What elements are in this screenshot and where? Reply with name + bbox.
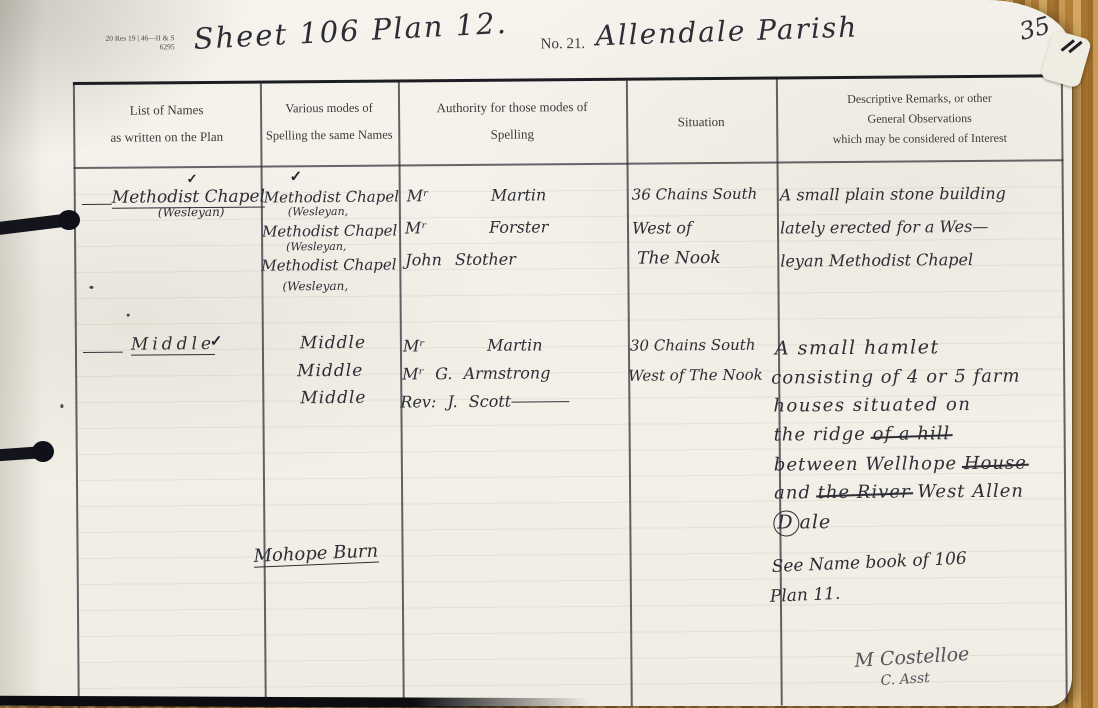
- column-header-authority: Authority for those modes of Spelling: [398, 93, 626, 149]
- remarks-line: and the River West Allen: [774, 481, 1024, 504]
- page-number: 35: [1016, 11, 1053, 46]
- column-header-remarks: Descriptive Remarks, or other General Ob…: [776, 87, 1063, 149]
- struck-text: House: [964, 453, 1027, 474]
- header-line: Descriptive Remarks, or other: [776, 87, 1063, 109]
- page-content: 20 Res 19 | 46—II & S 6295 Sheet 106 Pla…: [0, 0, 1075, 708]
- authority-line: Rev: J. Scott: [400, 391, 569, 411]
- header-line: General Observations: [776, 107, 1063, 129]
- trailing-stroke: [511, 401, 569, 402]
- binding-knot: [58, 210, 80, 230]
- tick-icon: ✓: [210, 332, 223, 350]
- remarks-line: A small plain stone building: [780, 184, 1006, 205]
- sheet-plan-title: Sheet 106 Plan 12.: [193, 6, 509, 56]
- form-code-line2: 6295: [91, 43, 175, 52]
- remarks-line: Plan 11.: [770, 584, 841, 607]
- parish-title: Allendale Parish: [595, 10, 859, 52]
- document-page: 20 Res 19 | 46—II & S 6295 Sheet 106 Pla…: [0, 0, 1072, 706]
- authority-line: Mʳ G. Armstrong: [402, 363, 550, 383]
- spelling-line: (Wesleyan,: [286, 240, 346, 253]
- header-line: which may be considered of Interest: [776, 127, 1063, 149]
- remarks-text: and: [774, 482, 818, 503]
- authority-text: Rev: J. Scott: [400, 392, 511, 412]
- situation-line: 30 Chains South: [630, 336, 756, 355]
- ink-speck: [127, 314, 130, 317]
- situation-line: 36 Chains South: [632, 185, 758, 204]
- remarks-line: leyan Methodist Chapel: [780, 250, 973, 271]
- number-label: No. 21.: [541, 36, 586, 53]
- authority-line: John Stother: [405, 250, 516, 270]
- header-line: Spelling the same Names: [260, 121, 398, 149]
- remarks-line: A small hamlet: [775, 336, 940, 359]
- authority-line: Mʳ Martin: [403, 335, 543, 355]
- surveyor-title: C. Asst: [880, 670, 930, 689]
- remarks-text: West Allen: [911, 481, 1025, 503]
- column-header-spellings: Various modes of Spelling the same Names: [260, 94, 398, 149]
- name-book-table: List of Names as written on the Plan Var…: [73, 74, 1068, 708]
- remarks-line: houses situated on: [773, 394, 971, 417]
- spelling-line: Middle: [300, 333, 366, 354]
- spelling-line: (Wesleyan,: [282, 279, 348, 294]
- struck-text: the River: [818, 481, 911, 503]
- ink-speck: [60, 404, 63, 408]
- header-line: Spelling: [398, 120, 626, 149]
- remarks-line: consisting of 4 or 5 farm: [771, 366, 1021, 389]
- remarks-text: the ridge: [774, 424, 873, 446]
- header-line: as written on the Plan: [73, 123, 260, 151]
- authority-line: Mʳ Martin: [407, 185, 547, 205]
- column-header-names: List of Names as written on the Plan: [73, 96, 260, 151]
- remarks-line: lately erected for a Wes—: [780, 217, 988, 238]
- column-header-situation: Situation: [626, 108, 776, 136]
- remarks-text: ale: [799, 511, 831, 533]
- header-line: Situation: [626, 108, 776, 136]
- spelling-line: Middle: [300, 388, 366, 409]
- entry-name: Middle: [131, 334, 215, 356]
- circled-letter: D: [773, 510, 799, 536]
- situation-line: West of The Nook: [628, 366, 763, 385]
- spelling-line: Methodist Chapel: [261, 256, 396, 275]
- ink-speck: [89, 286, 93, 289]
- remarks-text: between Wellhope: [774, 453, 964, 475]
- header-line: Authority for those modes of: [398, 93, 626, 122]
- remarks-line: between Wellhope House: [774, 453, 1027, 476]
- header-line: Various modes of: [260, 94, 398, 122]
- corner-pen-mark: [1061, 39, 1075, 51]
- binding-knot: [32, 441, 54, 462]
- entry-name-sub: (Wesleyan): [158, 205, 225, 220]
- tick-icon: ✓: [290, 167, 303, 185]
- struck-text: of a hill: [873, 423, 951, 445]
- situation-line: The Nook: [637, 248, 721, 269]
- lead-line: [82, 204, 112, 206]
- spelling-line: Methodist Chapel: [262, 222, 397, 241]
- header-line: List of Names: [73, 96, 260, 124]
- spelling-line: Methodist Chapel: [264, 187, 399, 206]
- form-code: 20 Res 19 | 46—II & S 6295: [90, 34, 174, 52]
- remarks-line: the ridge of a hill: [774, 423, 951, 445]
- remarks-line: Dale: [773, 511, 831, 533]
- spelling-line: Middle: [297, 361, 363, 382]
- situation-line: West of: [632, 218, 692, 237]
- spelling-line: (Wesleyan,: [288, 205, 348, 218]
- tick-icon: ✓: [187, 172, 198, 187]
- authority-line: Mʳ Forster: [405, 217, 549, 237]
